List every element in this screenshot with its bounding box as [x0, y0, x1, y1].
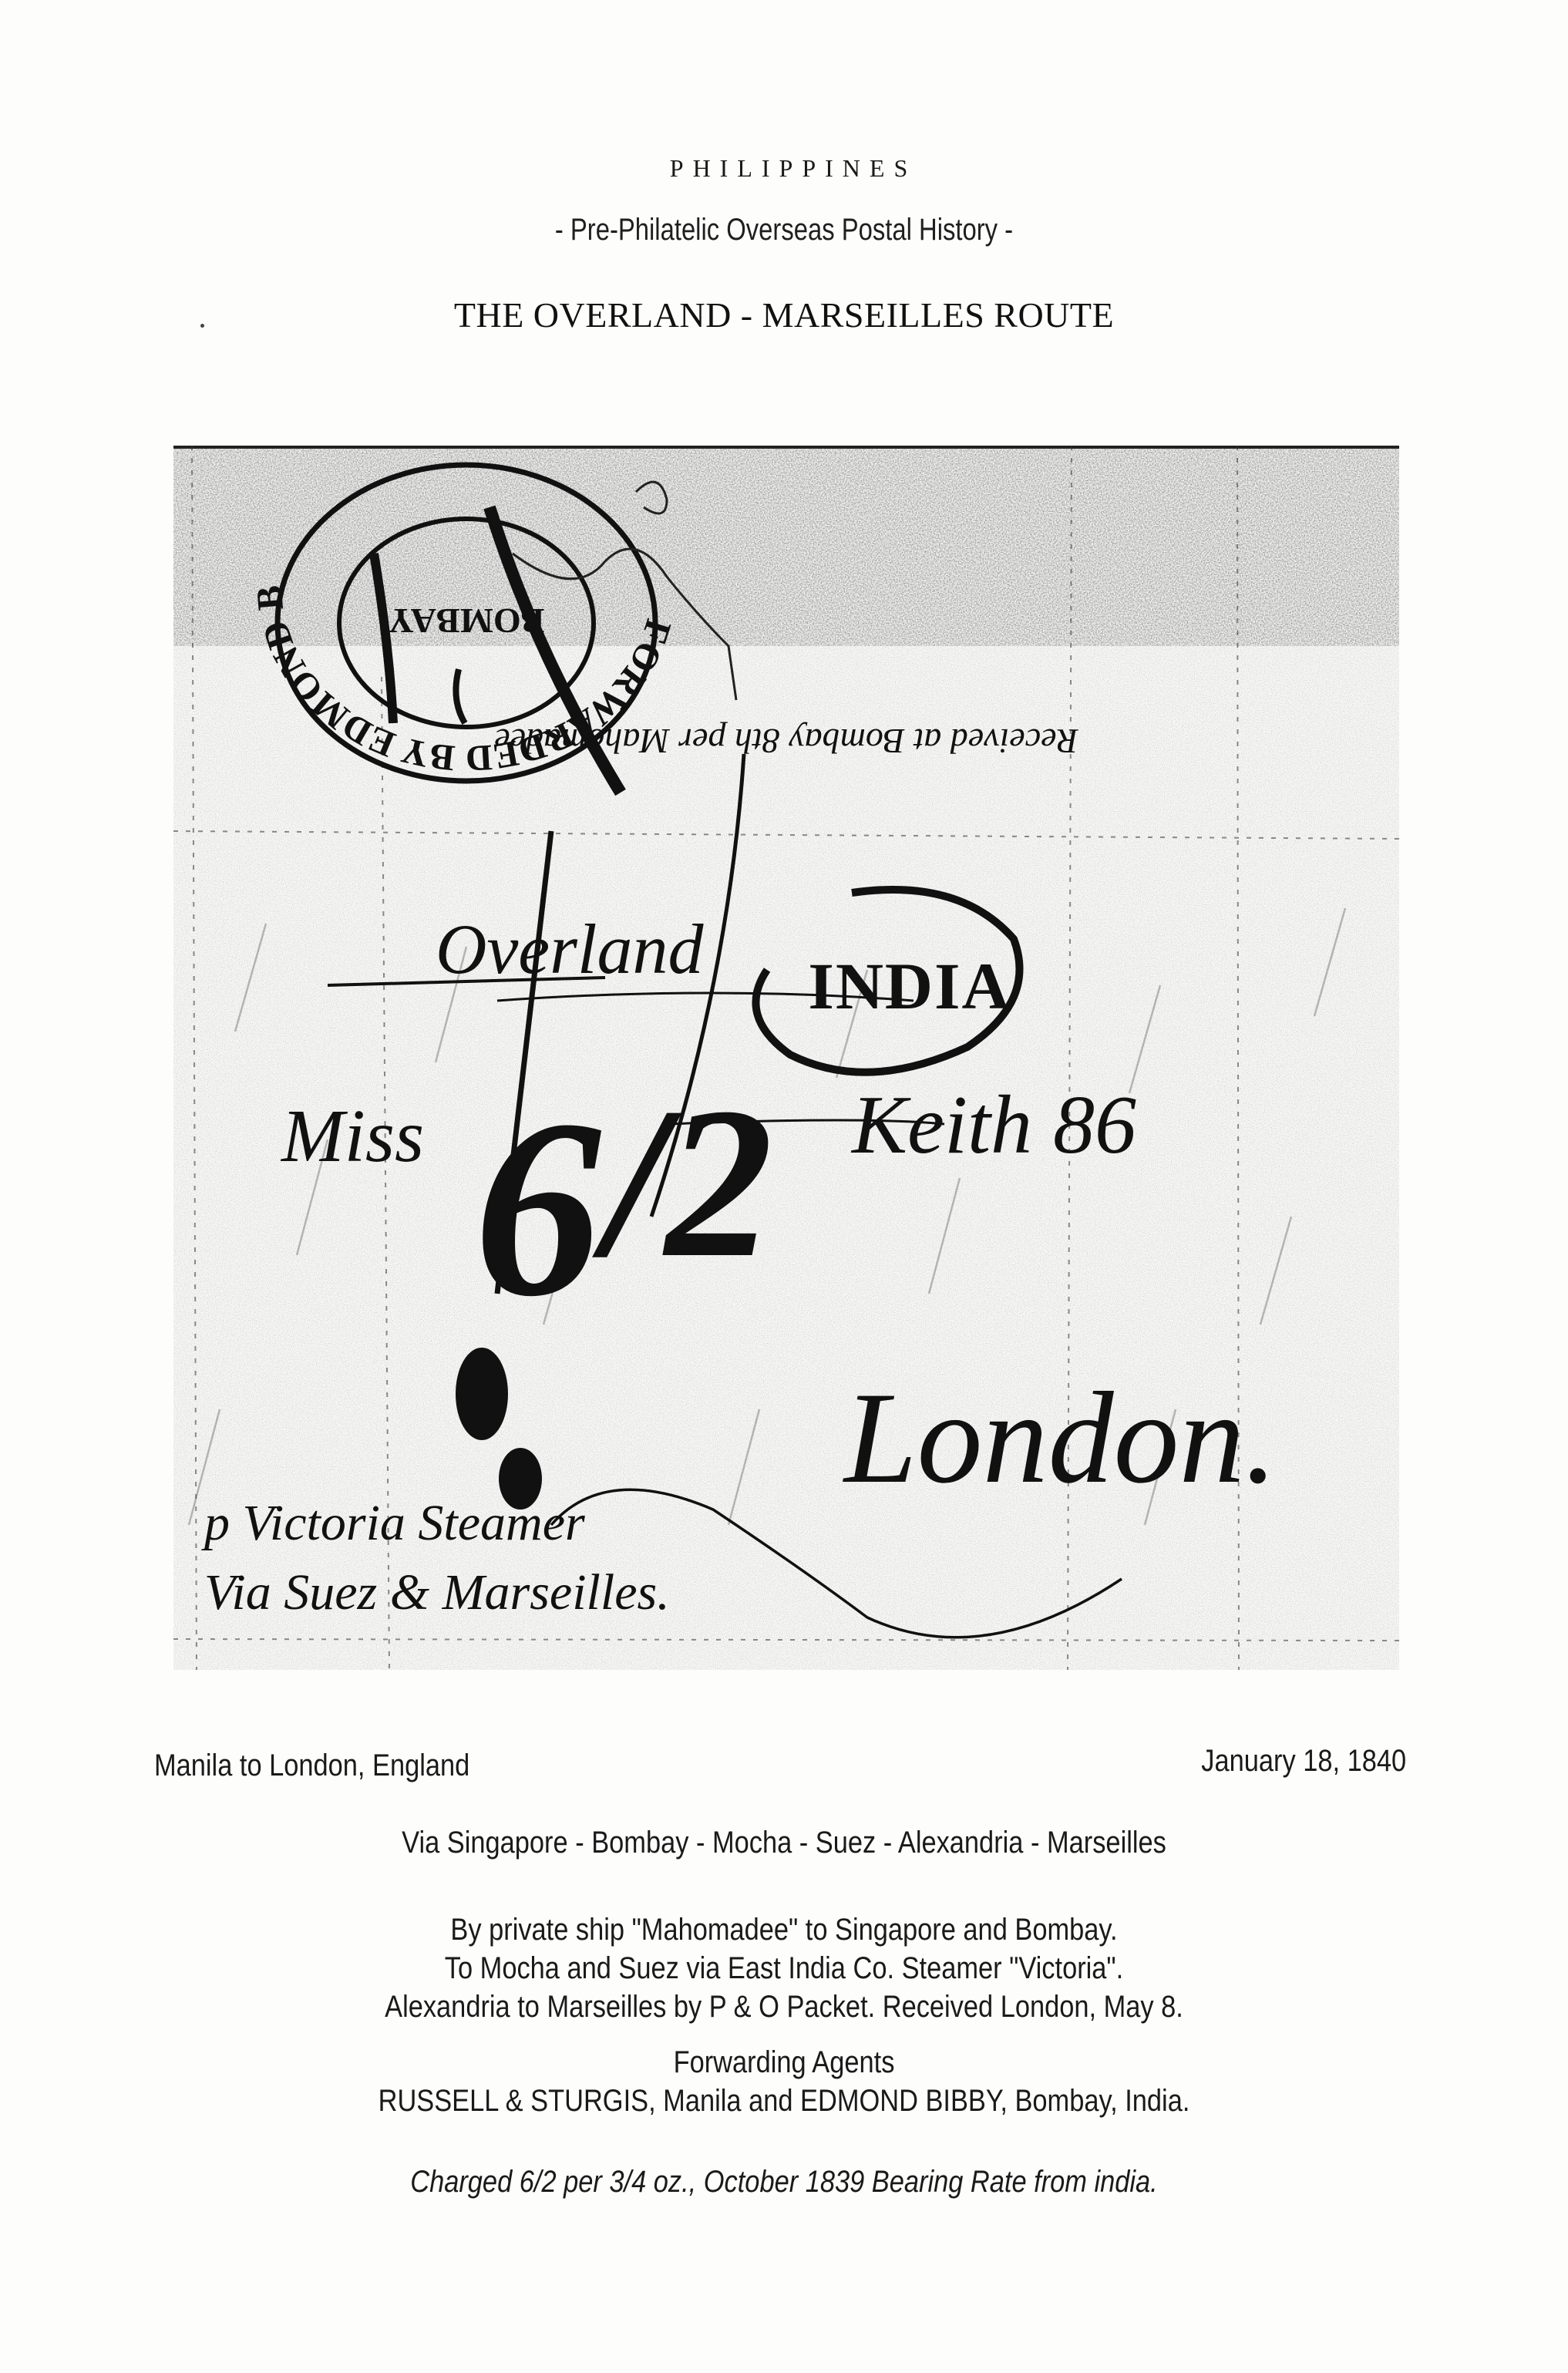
overland-endorsement: Overland: [436, 908, 703, 990]
cover-photocopy: FORWARDED BY EDMOND BIBBY BOMBAY Receive…: [173, 446, 1399, 1670]
inverted-docket-text: Received at Bombay 8th per Mahomadee: [494, 722, 1078, 761]
agents-paragraph: Forwarding Agents RUSSELL & STURGIS, Man…: [109, 2043, 1458, 2120]
letter-date: January 18, 1840: [1201, 1744, 1406, 1779]
transit-line: By private ship "Mahomadee" to Singapore…: [109, 1910, 1458, 1949]
address-line-3: London.: [844, 1363, 1277, 1513]
agents-heading: Forwarding Agents: [109, 2043, 1458, 2082]
page-country-heading: PHILIPPINES: [0, 154, 1568, 183]
address-line-2: Keith 86: [852, 1078, 1136, 1173]
rate-note: Charged 6/2 per 3/4 oz., October 1839 Be…: [109, 2165, 1458, 2200]
agents-names: RUSSELL & STURGIS, Manila and EDMOND BIB…: [109, 2082, 1458, 2120]
svg-text:Received at Bombay 8th per Mah: Received at Bombay 8th per Mahomadee: [494, 722, 1078, 761]
origin-destination: Manila to London, England: [154, 1749, 469, 1783]
transit-line: Alexandria to Marseilles by P & O Packet…: [109, 1988, 1458, 2026]
page-subtitle: - Pre-Philatelic Overseas Postal History…: [141, 213, 1427, 247]
address-line-1: Miss: [281, 1093, 424, 1180]
svg-text:6: 6: [474, 1068, 601, 1349]
transit-line: To Mocha and Suez via East India Co. Ste…: [109, 1949, 1458, 1988]
ship-endorsement-2: Via Suez & Marseilles.: [204, 1563, 670, 1622]
transit-paragraph: By private ship "Mahomadee" to Singapore…: [109, 1910, 1458, 2026]
ship-endorsement-1: p Victoria Steamer: [204, 1494, 585, 1553]
page-title: THE OVERLAND - MARSEILLES ROUTE: [0, 295, 1568, 335]
svg-text:/2: /2: [592, 1062, 773, 1302]
route-via: Via Singapore - Bombay - Mocha - Suez - …: [109, 1826, 1458, 1860]
svg-text:INDIA: INDIA: [808, 949, 1011, 1023]
